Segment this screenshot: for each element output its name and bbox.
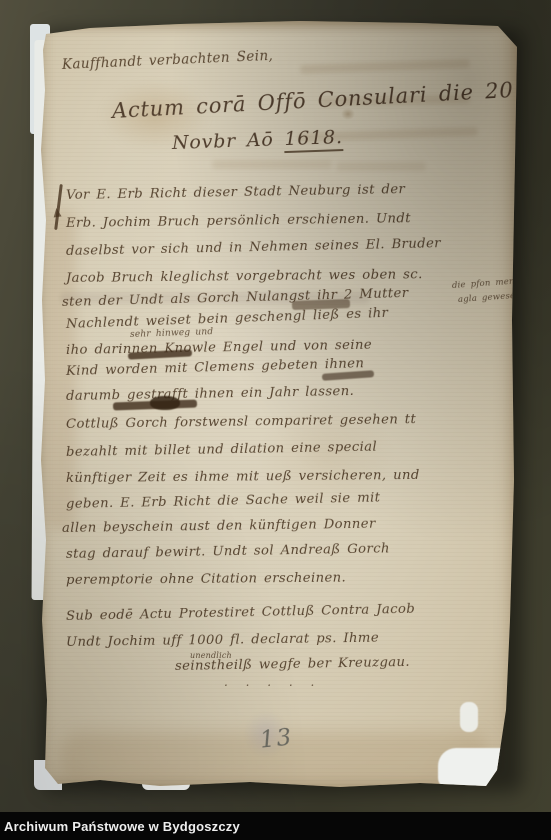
heading-line-1: Actum corā Offō Consulari die 20	[111, 78, 514, 123]
underline-dots: . . . . .	[224, 675, 320, 689]
showthrough-ghost-3	[298, 127, 478, 142]
interlinear-insertion: sehr hinweg und	[130, 327, 214, 340]
pencil-folio-number: 13	[259, 724, 295, 753]
body-line: Cottluß Gorch forstwensl compariret gese…	[66, 412, 416, 432]
stain-horizontal-band	[60, 292, 370, 304]
body-line: Sub eodē Actu Protestiret Cottluß Contra…	[66, 602, 415, 624]
archival-scan: Kauffhandt verbachten Sein, Actum corā O…	[0, 0, 551, 840]
body-line: iho darinnen Knowle Engel und von seine	[66, 338, 372, 358]
docket-annotation: Kauffhandt verbachten Sein,	[62, 48, 274, 73]
manuscript-page: Kauffhandt verbachten Sein, Actum corā O…	[36, 20, 520, 792]
interlinear-insertion-2: unendlich	[190, 651, 232, 660]
margin-note-line-2: agla gewese,	[458, 291, 519, 305]
body-line: Erb. Jochim Bruch persönlich erschienen.…	[66, 211, 411, 231]
strikethrough-line8-end	[322, 370, 374, 381]
body-line: seinstheilß wegfe ber Kreuzgau.	[175, 655, 410, 674]
paragraph-mark-stroke	[54, 184, 62, 230]
heading-year-underlined: 1618.	[284, 126, 343, 153]
margin-note-line-1: die pfon mente	[452, 276, 524, 291]
strikethrough-line9	[113, 400, 197, 411]
showthrough-ghost-1	[300, 59, 470, 74]
body-line: geben. E. Erb Richt die Sache weil sie m…	[66, 490, 381, 512]
backing-paper-sliver-bottom-center	[142, 778, 190, 790]
archive-caption-text: Archiwum Państwowe w Bydgoszczy	[0, 819, 240, 834]
body-line: bezahlt mit billet und dilation eine spe…	[66, 440, 377, 460]
heading-line-2-prefix: Novbr Aō	[172, 128, 285, 154]
stain-center-faint	[256, 400, 396, 510]
body-line: Kind worden mit Clemens gebeten ihnen	[66, 356, 365, 379]
repair-tissue-patch	[438, 748, 504, 788]
strikethrough-line7	[128, 349, 192, 359]
stamp-ghost	[244, 710, 288, 758]
body-line: stag darauf bewirt. Undt sol Andreaß Gor…	[66, 541, 390, 562]
paper-drop-shadow	[42, 30, 522, 792]
body-line: daselbst vor sich und in Nehmen seines E…	[66, 236, 441, 259]
stain-left-band	[46, 210, 76, 530]
backing-paper-sliver-top-left	[30, 24, 50, 134]
showthrough-ghost-2	[320, 95, 470, 107]
body-line: Undt Jochim uff 1000 fl. declarat ps. Ih…	[66, 631, 379, 650]
body-line: peremptorie ohne Citation erscheinen.	[66, 571, 346, 588]
body-line: darumb gestrafft ihnen ein Jahr lassen.	[66, 384, 354, 404]
showthrough-ghost-5	[336, 162, 426, 171]
stain-spot	[341, 108, 355, 120]
ink-blot-line9	[150, 396, 180, 410]
body-line: sten der Undt als Gorch Nulangst ihr 2 M…	[62, 286, 409, 310]
ink-smear-line6	[292, 299, 350, 310]
body-line: Vor E. Erb Richt dieser Stadt Neuburg is…	[66, 182, 405, 203]
body-line: Nachlendt weiset bein geschengl ließ es …	[66, 306, 389, 332]
body-line: allen beyschein aust den künftigen Donne…	[62, 517, 376, 536]
backing-paper-sliver-bottom-left	[34, 760, 62, 790]
archive-mat-background: Kauffhandt verbachten Sein, Actum corā O…	[0, 0, 551, 812]
body-line: Jacob Bruch kleglichst vorgebracht wes o…	[66, 267, 423, 286]
corner-water-stain	[460, 752, 504, 808]
heading-line-2: Novbr Aō 1618.	[172, 126, 344, 154]
showthrough-ghost-4	[212, 160, 332, 169]
backing-paper-sliver-left-edge	[32, 40, 50, 600]
archive-caption-bar: Archiwum Państwowe w Bydgoszczy	[0, 812, 551, 840]
stain-top-left	[100, 80, 210, 150]
body-line: künftiger Zeit es ihme mit ueß versicher…	[66, 468, 420, 486]
paragraph-mark-arrow	[52, 207, 61, 217]
repair-tissue-patch-small	[460, 702, 478, 732]
stain-bottom-band	[60, 732, 490, 784]
